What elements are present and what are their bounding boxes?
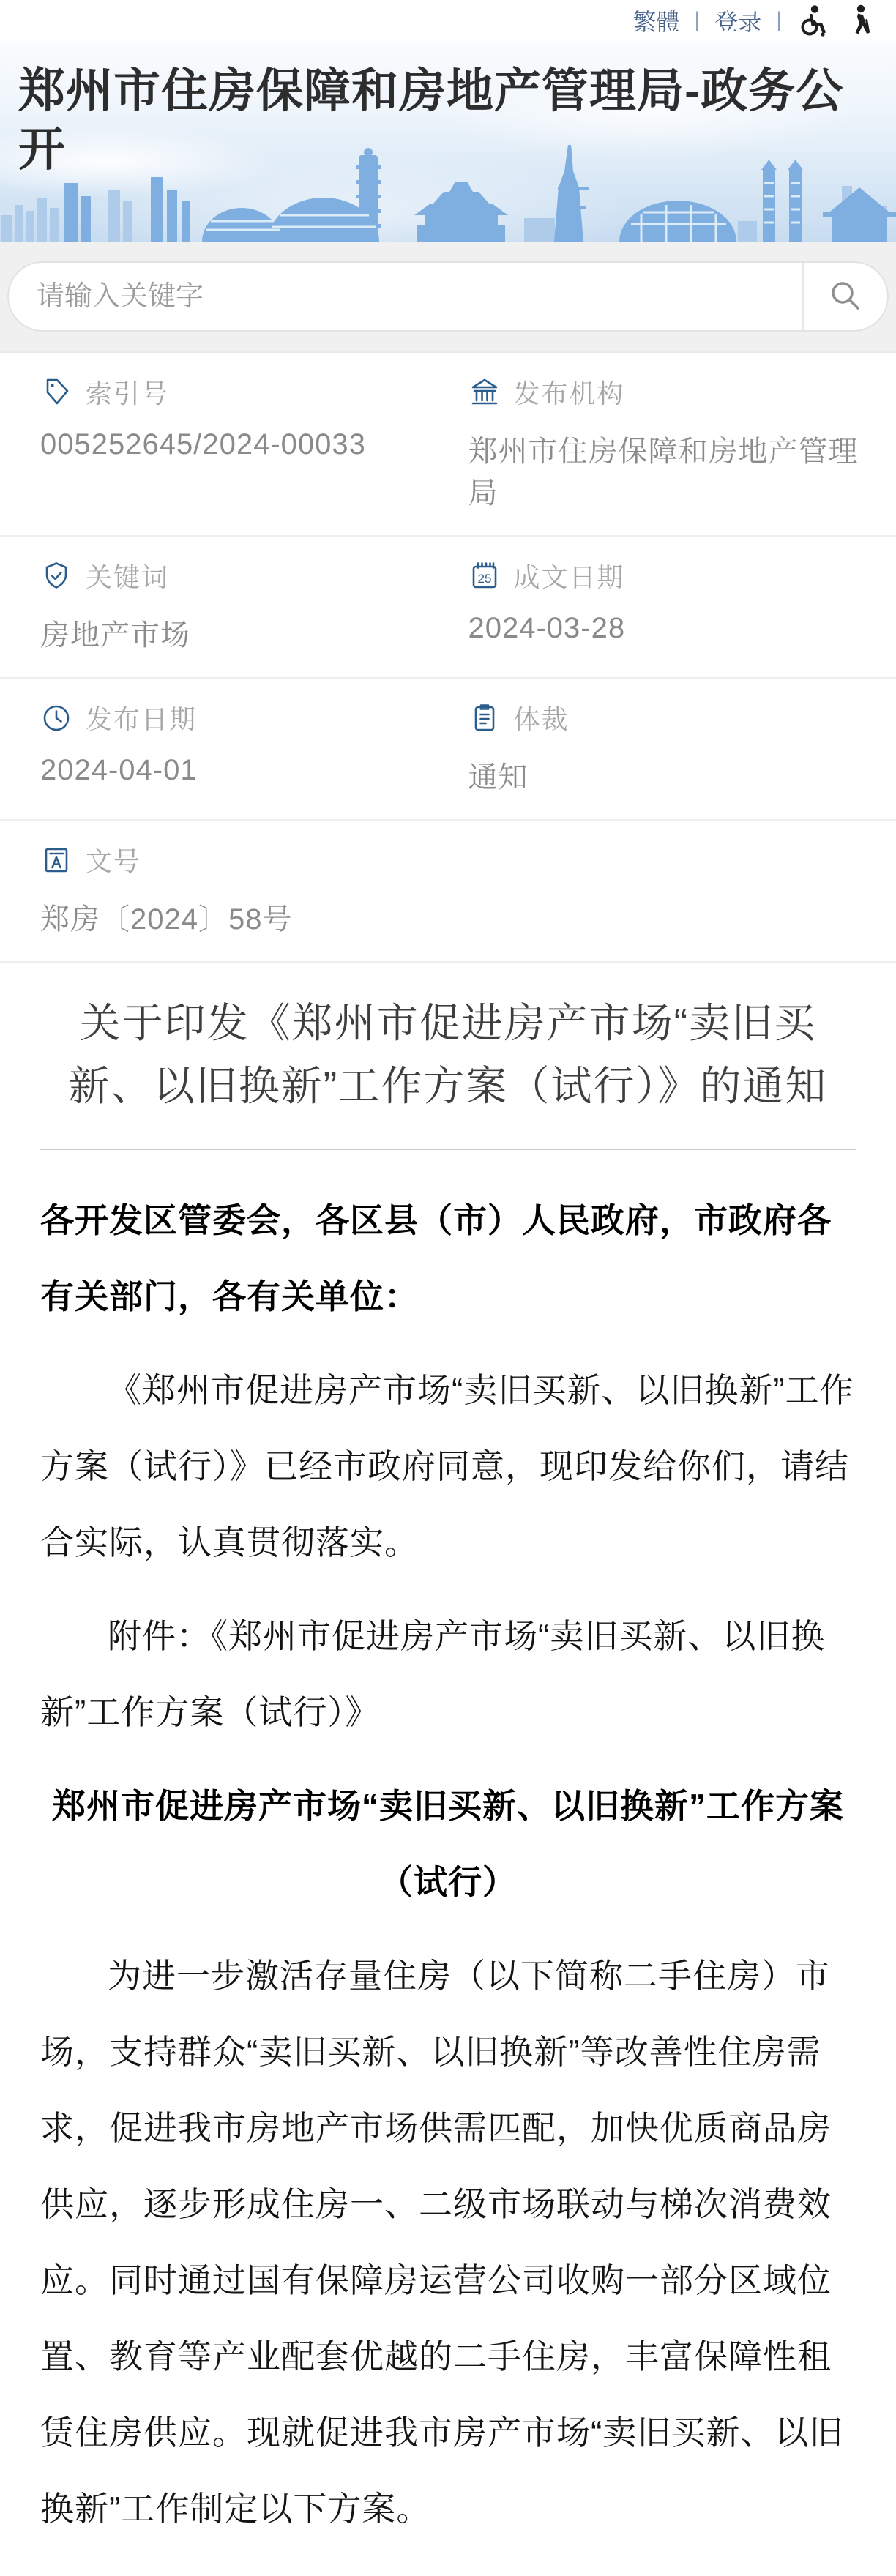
meta-value: 郑州市住房保障和房地产管理局 bbox=[468, 428, 896, 512]
body-paragraph: 《郑州市促进房产市场“卖旧买新、以旧换新”工作方案（试行）》已经市政府同意，现印… bbox=[40, 1352, 856, 1580]
meta-field-date-written: 25 成文日期 2024-03-28 bbox=[468, 557, 896, 654]
tag-icon bbox=[40, 376, 72, 408]
site-banner: 郑州市住房保障和房地产管理局-政务公开 bbox=[0, 41, 896, 242]
separator: | bbox=[776, 8, 782, 33]
doc-a-icon bbox=[40, 844, 72, 876]
meta-label: 关键词 bbox=[86, 557, 169, 594]
document-body: 关于印发《郑州市促进房产市场“卖旧买新、以旧换新”工作方案（试行）》的通知 各开… bbox=[0, 963, 896, 2576]
meta-label: 发布日期 bbox=[86, 699, 197, 736]
meta-field-keywords: 关键词 房地产市场 bbox=[40, 557, 468, 654]
meta-value: 2024-03-28 bbox=[468, 612, 896, 645]
clipboard-icon bbox=[468, 702, 501, 734]
body-paragraph: 为进一步激活存量住房（以下简称二手住房）市场，支持群众“卖旧买新、以旧换新”等改… bbox=[40, 1938, 856, 2547]
search-bar bbox=[7, 261, 889, 332]
meta-value: 郑房〔2024〕58号 bbox=[40, 896, 468, 938]
meta-label: 体裁 bbox=[514, 699, 570, 736]
clock-icon bbox=[40, 702, 72, 734]
search-section bbox=[0, 242, 896, 351]
meta-row: 发布日期 2024-04-01 体裁 通知 bbox=[0, 679, 896, 821]
document-metadata-panel: 索引号 005252645/2024-00033 发布机构 郑州市住房保障和房地 bbox=[0, 351, 896, 963]
plan-heading: 郑州市促进房产市场“卖旧买新、以旧换新”工作方案（试行） bbox=[51, 1768, 845, 1920]
title-divider bbox=[40, 1149, 856, 1150]
meta-empty-cell bbox=[468, 841, 896, 938]
meta-label: 成文日期 bbox=[514, 557, 625, 594]
bank-icon bbox=[468, 376, 501, 408]
wheelchair-icon[interactable] bbox=[796, 4, 830, 37]
meta-label: 索引号 bbox=[86, 373, 169, 411]
meta-row: 文号 郑房〔2024〕58号 bbox=[0, 821, 896, 963]
search-button[interactable] bbox=[802, 263, 887, 330]
search-icon bbox=[826, 277, 865, 317]
meta-field-document-number: 文号 郑房〔2024〕58号 bbox=[40, 841, 468, 938]
page-title: 郑州市住房保障和房地产管理局-政务公开 bbox=[0, 41, 896, 179]
meta-value: 005252645/2024-00033 bbox=[40, 428, 468, 461]
shield-check-icon bbox=[40, 560, 72, 592]
meta-row: 关键词 房地产市场 25 成文日期 2024-03-28 bbox=[0, 537, 896, 679]
elderly-icon[interactable] bbox=[845, 4, 874, 37]
meta-field-index-number: 索引号 005252645/2024-00033 bbox=[40, 373, 468, 512]
search-input[interactable] bbox=[9, 263, 802, 330]
meta-value: 通知 bbox=[468, 754, 896, 796]
page: 繁體 | 登录 | 郑州市住房保障和房地产管理局-政务公开 bbox=[0, 0, 896, 2576]
calendar-icon: 25 bbox=[468, 560, 501, 592]
login-link[interactable]: 登录 bbox=[714, 4, 761, 37]
svg-text:25: 25 bbox=[477, 572, 491, 586]
meta-field-genre: 体裁 通知 bbox=[468, 699, 896, 796]
document-title: 关于印发《郑州市促进房产市场“卖旧买新、以旧换新”工作方案（试行）》的通知 bbox=[0, 992, 896, 1118]
attachment-paragraph: 附件：《郑州市促进房产市场“卖旧买新、以旧换新”工作方案（试行）》 bbox=[40, 1598, 856, 1750]
top-bar: 繁體 | 登录 | bbox=[0, 0, 896, 41]
salutation-paragraph: 各开发区管委会，各区县（市）人民政府，市政府各有关部门，各有关单位： bbox=[40, 1182, 856, 1334]
separator: | bbox=[694, 8, 700, 33]
meta-label: 文号 bbox=[86, 841, 141, 878]
meta-field-publish-date: 发布日期 2024-04-01 bbox=[40, 699, 468, 796]
traditional-chinese-link[interactable]: 繁體 bbox=[632, 4, 679, 37]
meta-row: 索引号 005252645/2024-00033 发布机构 郑州市住房保障和房地 bbox=[0, 353, 896, 537]
meta-value: 房地产市场 bbox=[40, 612, 468, 654]
meta-value: 2024-04-01 bbox=[40, 754, 468, 787]
meta-field-issuing-agency: 发布机构 郑州市住房保障和房地产管理局 bbox=[468, 373, 896, 512]
meta-label: 发布机构 bbox=[514, 373, 625, 411]
